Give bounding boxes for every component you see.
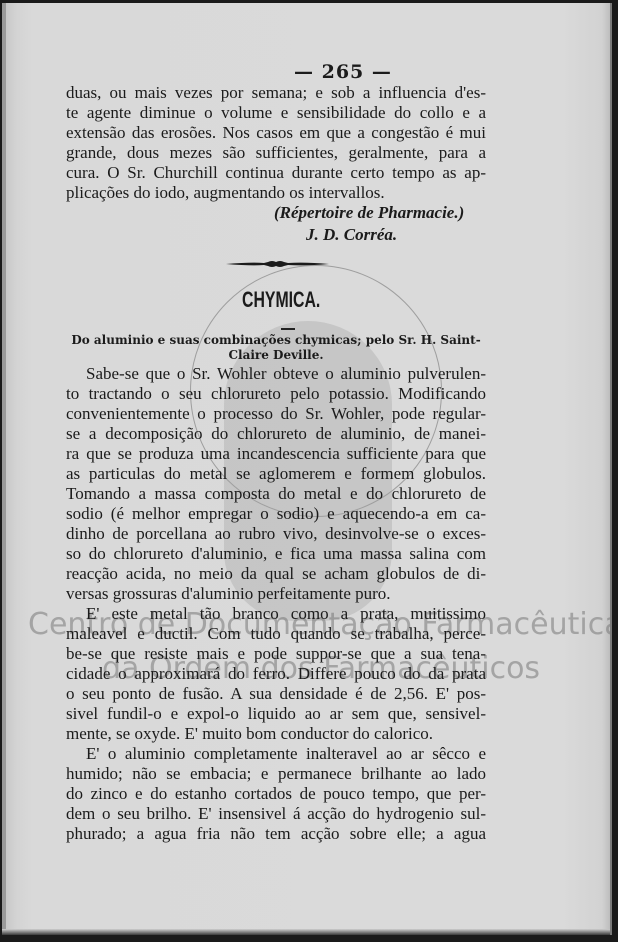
article-title-line: Do aluminio e suas combinações chymicas;… [66,333,486,348]
text-line: humido; não se embacia; e permanece bril… [66,764,486,784]
text-line: se a decomposição do chlorureto de alumi… [66,424,486,444]
page-bottom-edge [2,929,610,935]
ornament-divider-icon [226,260,329,268]
text-line: convenientemente o processo do Sr. Wohle… [66,404,486,424]
text-line: o seu ponto de fusão. A sua densidade é … [66,684,486,704]
text-line: duas, ou mais vezes por semana; e sob a … [66,83,486,103]
text-line: maleavel e ductil. Com tudo quando se tr… [66,624,486,644]
paragraph-1: Sabe-se que o Sr. Wohler obteve o alumin… [66,364,486,604]
author-signature: J. D. Corréa. [306,225,397,245]
text-line: cura. O Sr. Churchill continua durante c… [66,163,486,183]
section-title: CHYMICA. [242,287,320,313]
text-line: be-se que resiste mais e pode suppor-se … [66,644,486,664]
article-title-line: Claire Deville. [66,348,486,363]
text-line: extensão das erosões. Nos casos em que a… [66,123,486,143]
text-line: phurado; a agua fria não tem acção sobre… [66,824,486,844]
paragraph-2: E' este metal tão branco como a prata, m… [66,604,486,744]
text-line: reacção acida, no meio da qual se acham … [66,564,486,584]
page-gutter-shadow [2,3,6,935]
text-line: versas grossuras d'aluminio perfeitament… [66,584,486,604]
text-line: as particulas do metal se aglomerem e fo… [66,464,486,484]
text-line: ra que se produza uma incandescencia suf… [66,444,486,464]
text-line: E' o aluminio completamente inalteravel … [66,744,486,764]
text-line: dinho de porcellana ao rubro vivo, desin… [66,524,486,544]
text-line: te agente diminue o volume e sensibilida… [66,103,486,123]
continued-paragraph: duas, ou mais vezes por semana; e sob a … [66,83,486,203]
paragraph-3: E' o aluminio completamente inalteravel … [66,744,486,844]
text-line: mente, se oxyde. E' muito bom conductor … [66,724,486,744]
text-line: do zinco e do estanho cortados de pouco … [66,784,486,804]
section-rule [281,328,295,330]
text-line: cidade o approximará do ferro. Differe p… [66,664,486,684]
source-citation: (Répertoire de Pharmacie.) [274,203,464,223]
scanned-page: Centro de Documentação Farmacêutica da O… [2,3,612,935]
text-line: Sabe-se que o Sr. Wohler obteve o alumin… [66,364,486,384]
text-line: sodio (é melhor empregar o sodio) e aque… [66,504,486,524]
text-line: so do chlorureto d'aluminio, e fica uma … [66,544,486,564]
text-line: to tractando o seu chlorureto pelo potas… [66,384,486,404]
article-title: Do aluminio e suas combinações chymicas;… [66,333,486,363]
page-number: — 265 — [294,61,392,83]
text-line: grande, dous mezes são sufficientes, ger… [66,143,486,163]
text-line: sivel fundil-o e expol-o liquido ao ar s… [66,704,486,724]
text-line: dem o seu brilho. E' insensivel á acção … [66,804,486,824]
text-line: plicações do iodo, augmentando os interv… [66,183,486,203]
text-line: Tomando a massa composta do metal e do c… [66,484,486,504]
text-line: E' este metal tão branco como a prata, m… [66,604,486,624]
